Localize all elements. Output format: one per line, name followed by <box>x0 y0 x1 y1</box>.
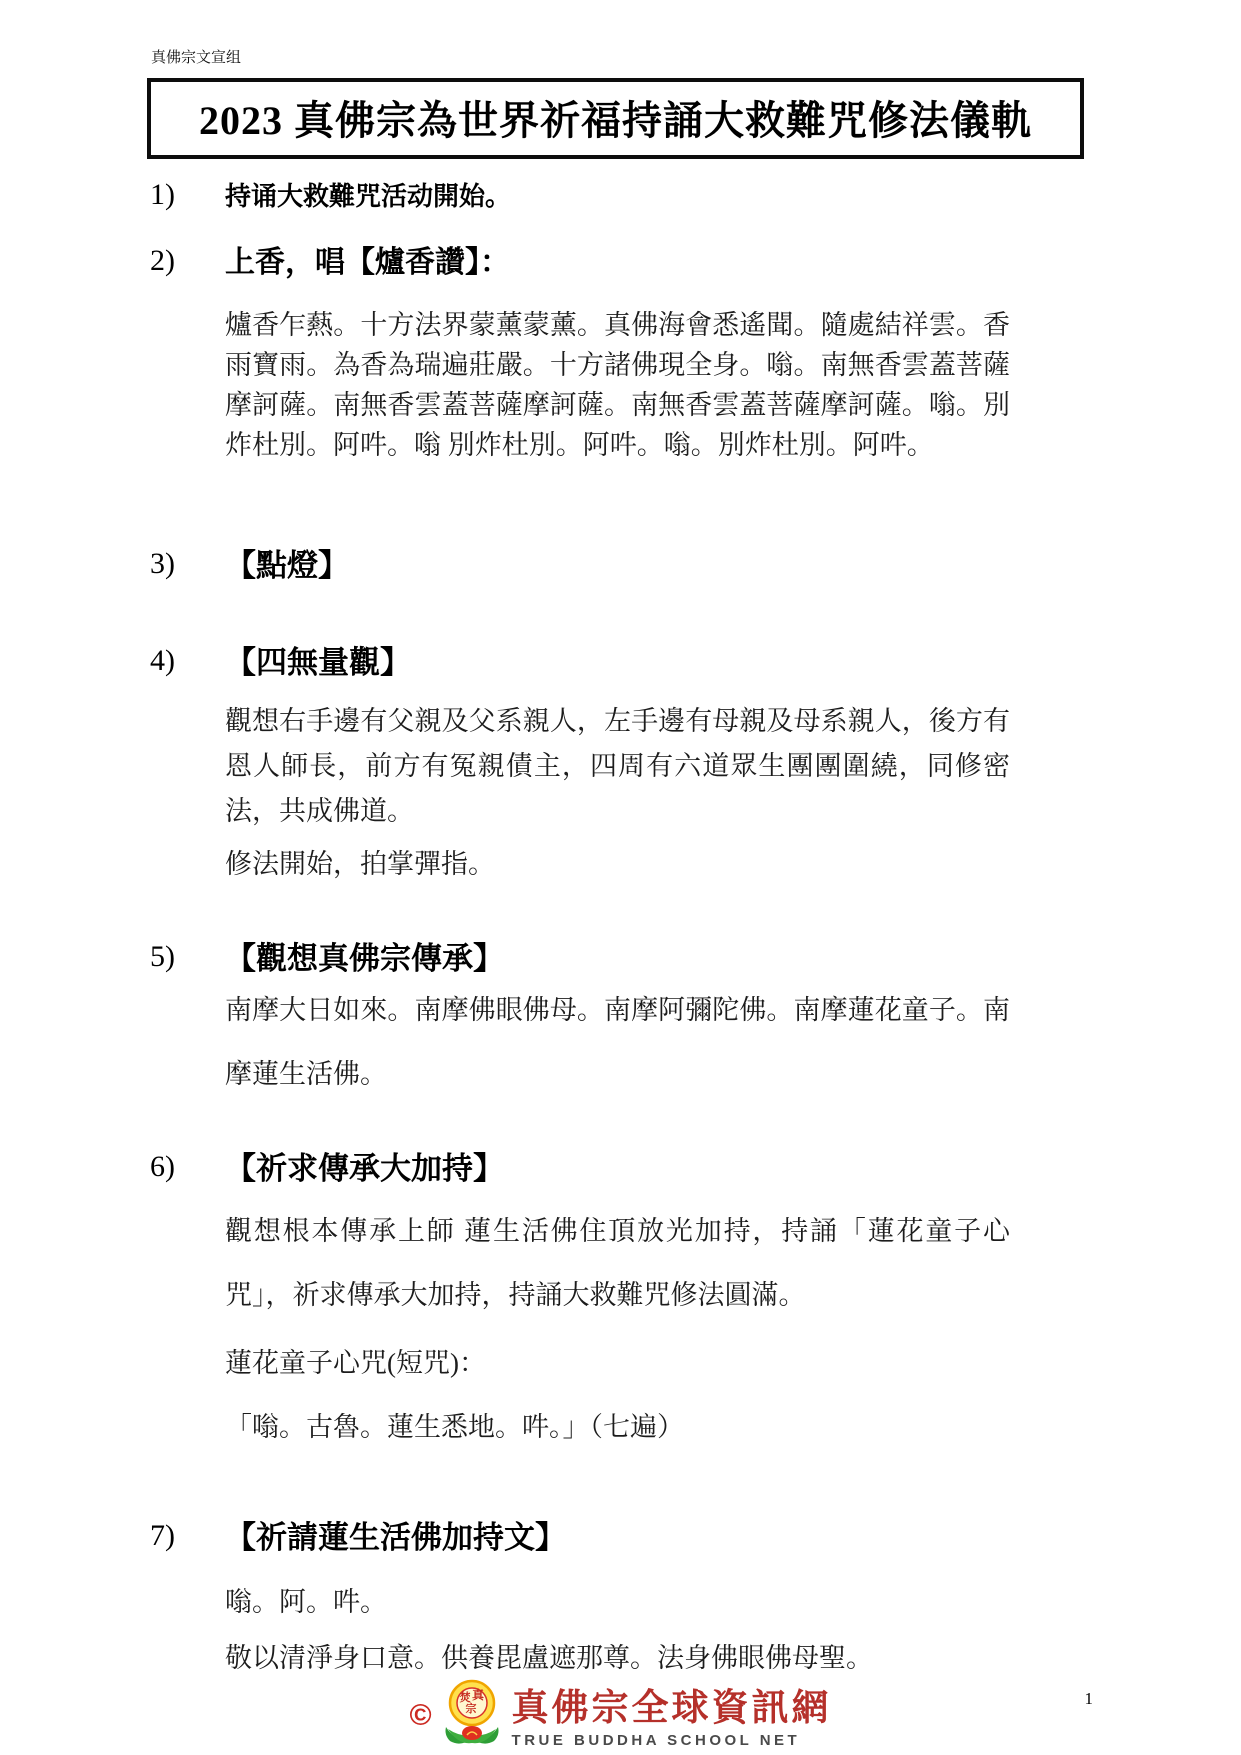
section-number: 4) <box>150 644 225 678</box>
section-paragraph: 南摩大日如來。南摩佛眼佛母。南摩阿彌陀佛。南摩蓮花童子。南摩蓮生活佛。 <box>225 978 1010 1106</box>
section-7: 7) 【祈請蓮生活佛加持文】 嗡。阿。吽。 敬以清淨身口意。供養毘盧遮那尊。法身… <box>150 1519 1010 1678</box>
mantra-text: 「嗡。古魯。蓮生悉地。吽。」（七遍） <box>225 1407 1010 1447</box>
section-heading: 【祈請蓮生活佛加持文】 <box>225 1519 1010 1558</box>
section-paragraph: 觀想右手邊有父親及父系親人，左手邊有母親及母系親人，後方有恩人師長，前方有冤親債… <box>225 699 1010 834</box>
logo-text-chinese: 真佛宗全球資訊網 <box>512 1689 832 1730</box>
section-number: 6) <box>150 1150 225 1184</box>
section-heading: 【點燈】 <box>225 547 1010 586</box>
section-5: 5) 【觀想真佛宗傳承】 南摩大日如來。南摩佛眼佛母。南摩阿彌陀佛。南摩蓮花童子… <box>150 940 1010 1107</box>
section-heading: 【祈求傳承大加持】 <box>225 1150 1010 1189</box>
section-paragraph: 敬以清淨身口意。供養毘盧遮那尊。法身佛眼佛母聖。 <box>225 1638 1010 1678</box>
document-title: 2023 真佛宗為世界祈福持誦大救難咒修法儀軌 <box>147 78 1084 159</box>
document-body: 1) 持诵大救難咒活动開始。 2) 上香，唱【爐香讚】： 爐香乍爇。十方法界蒙薰… <box>150 150 1010 1678</box>
section-heading: 上香，唱【爐香讚】： <box>225 244 1010 282</box>
section-4: 4) 【四無量觀】 觀想右手邊有父親及父系親人，左手邊有母親及母系親人，後方有恩… <box>150 644 1010 884</box>
section-number: 3) <box>150 547 225 581</box>
section-2: 2) 上香，唱【爐香讚】： 爐香乍爇。十方法界蒙薰蒙薰。真佛海會悉遙聞。隨處結祥… <box>150 244 1010 466</box>
section-paragraph: 嗡。阿。吽。 <box>225 1582 1010 1622</box>
section-number: 1) <box>150 178 225 212</box>
copyright-icon: © <box>409 1701 431 1749</box>
section-number: 2) <box>150 244 225 278</box>
section-1: 1) 持诵大救難咒活动開始。 <box>150 178 1010 214</box>
section-3: 3) 【點燈】 <box>150 547 1010 586</box>
section-heading: 【觀想真佛宗傳承】 <box>225 940 1010 979</box>
section-paragraph: 修法開始，拍掌彈指。 <box>225 844 1010 884</box>
svg-text:宗: 宗 <box>465 1701 476 1715</box>
svg-text:焚: 焚 <box>459 1690 470 1704</box>
header-note: 真佛宗文宣组 <box>151 46 241 67</box>
section-number: 5) <box>150 940 225 974</box>
logo-text-english: TRUE BUDDHA SCHOOL NET <box>512 1732 801 1749</box>
section-number: 7) <box>150 1519 225 1553</box>
document-page: 真佛宗文宣组 2023 真佛宗為世界祈福持誦大救難咒修法儀軌 1) 持诵大救難咒… <box>0 0 1241 1755</box>
svg-text:真: 真 <box>472 1687 485 1702</box>
section-heading: 【四無量觀】 <box>225 644 1010 683</box>
true-buddha-school-emblem-icon: 焚 真 宗 <box>442 1677 502 1749</box>
section-paragraph: 爐香乍爇。十方法界蒙薰蒙薰。真佛海會悉遙聞。隨處結祥雲。香雨寶雨。為香為瑞遍莊嚴… <box>225 305 1010 465</box>
section-heading: 持诵大救難咒活动開始。 <box>225 178 1010 214</box>
page-number: 1 <box>1085 1689 1094 1709</box>
footer-logo-block: © 焚 真 宗 真佛宗全球資訊網 TRUE BUDDHA SCHOOL NET <box>0 1677 1241 1749</box>
mantra-label: 蓮花童子心咒(短咒)： <box>225 1343 1010 1383</box>
section-paragraph: 觀想根本傳承上師 蓮生活佛住頂放光加持，持誦「蓮花童子心咒」，祈求傳承大加持，持… <box>225 1199 1010 1327</box>
section-6: 6) 【祈求傳承大加持】 觀想根本傳承上師 蓮生活佛住頂放光加持，持誦「蓮花童子… <box>150 1150 1010 1447</box>
